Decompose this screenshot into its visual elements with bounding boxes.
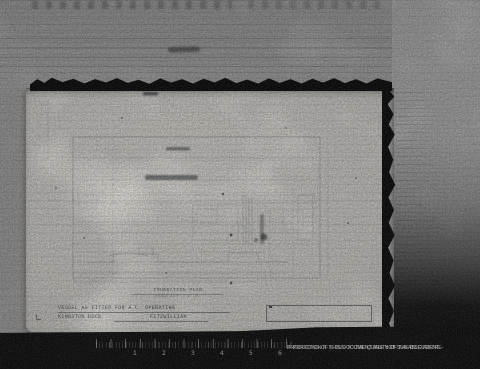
ink-smear [168, 47, 200, 53]
title-line2-right: FITZWILLIAM [150, 314, 187, 320]
scratch-marks [248, 1, 388, 9]
title-underline [114, 321, 208, 322]
ruler-major-ticks [96, 339, 292, 348]
document-sheet: FOUNDATION PLAN SCALE 1/4" = 1'-0" VESSE… [26, 88, 394, 332]
ruler-number: 5 [249, 350, 253, 357]
ruler-number: 1 [133, 350, 137, 357]
title-underline [58, 312, 230, 313]
approval-stamp [266, 305, 372, 322]
title-line1: VESSEL AS FITTED FOR A.C. OPERATING [58, 305, 175, 311]
plan-caption: FOUNDATION PLAN [132, 288, 224, 295]
title-line2-left: KINGSTON DOCK [58, 314, 102, 320]
scale-caption: SCALE 1/4" = 1'-0" [132, 295, 224, 299]
reproduction-note-line2: PRODUCTION IT IS DUE TO THE QUALITY OF T… [287, 345, 440, 352]
scratch-marks [32, 1, 232, 9]
stamp-cell [267, 306, 270, 308]
ruler-number: 2 [162, 350, 166, 357]
handwritten-mark [36, 314, 42, 321]
ruler-number: 4 [220, 350, 224, 357]
film-margin-bottom: 1 2 3 4 5 6 IF PORTIONS OF THIS DOCUMENT… [0, 326, 480, 369]
microfilm-scan: FOUNDATION PLAN SCALE 1/4" = 1'-0" VESSE… [0, 0, 480, 369]
ruler-number: 6 [278, 350, 282, 357]
scratch-streaks [396, 92, 474, 330]
ruler-number: 3 [191, 350, 195, 357]
